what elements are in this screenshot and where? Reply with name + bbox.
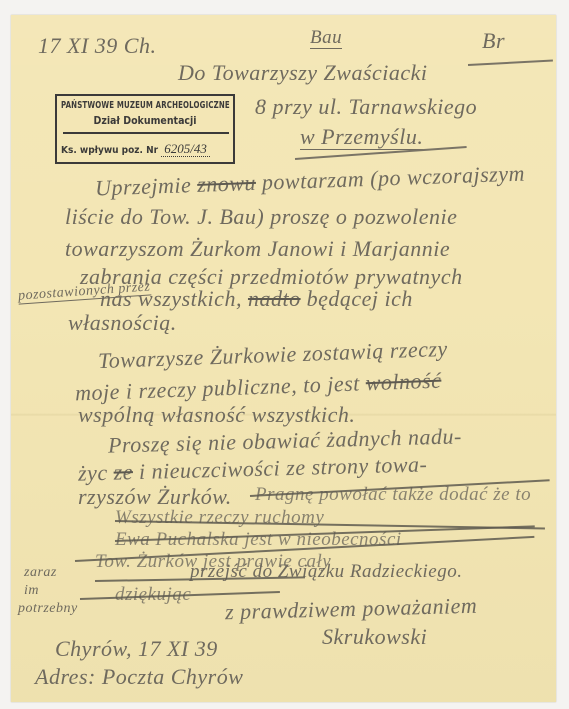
body-line-6: własnością.: [68, 312, 177, 334]
stamp-institution: PAŃSTWOWE MUZEUM ARCHEOLOGICZNE: [61, 100, 230, 111]
stamp-register: Ks. wpływu poz. Nr 6205/43: [61, 141, 210, 157]
margin-note-bottom-3: potrzebny: [18, 602, 78, 616]
stamp-register-number: 6205/43: [161, 141, 210, 157]
margin-note-bottom-1: zaraz: [24, 566, 57, 580]
addressee-line-3: w Przemyślu.: [300, 126, 423, 148]
addressee-line-1: Do Towarzyszy Zwaściacki: [178, 62, 428, 84]
stamp-department: Dział Dokumentacji: [57, 115, 233, 127]
place-and-date: Chyrów, 17 XI 39: [55, 638, 218, 660]
date-reference: 17 XI 39 Ch.: [38, 35, 156, 57]
initials-annotation: Br: [482, 30, 505, 52]
body-line-2: liście do Tow. J. Bau) proszę o pozwolen…: [65, 206, 457, 228]
sender-address: Adres: Poczta Chyrów: [35, 666, 243, 688]
body-line-3: towarzyszom Żurkom Janowi i Marjannie: [65, 238, 450, 260]
archive-stamp: PAŃSTWOWE MUZEUM ARCHEOLOGICZNE Dział Do…: [55, 94, 235, 164]
stamp-divider: [63, 132, 229, 134]
margin-note-bottom-2: im: [24, 584, 39, 598]
annotation-bau: Bau: [310, 28, 342, 47]
addressee-line-2: 8 przy ul. Tarnawskiego: [255, 96, 477, 118]
signature: Skrukowski: [322, 626, 427, 648]
body-line-9: wspólną własność wszystkich.: [78, 404, 355, 426]
body-line-12: rzyszów Żurków.: [78, 486, 232, 508]
